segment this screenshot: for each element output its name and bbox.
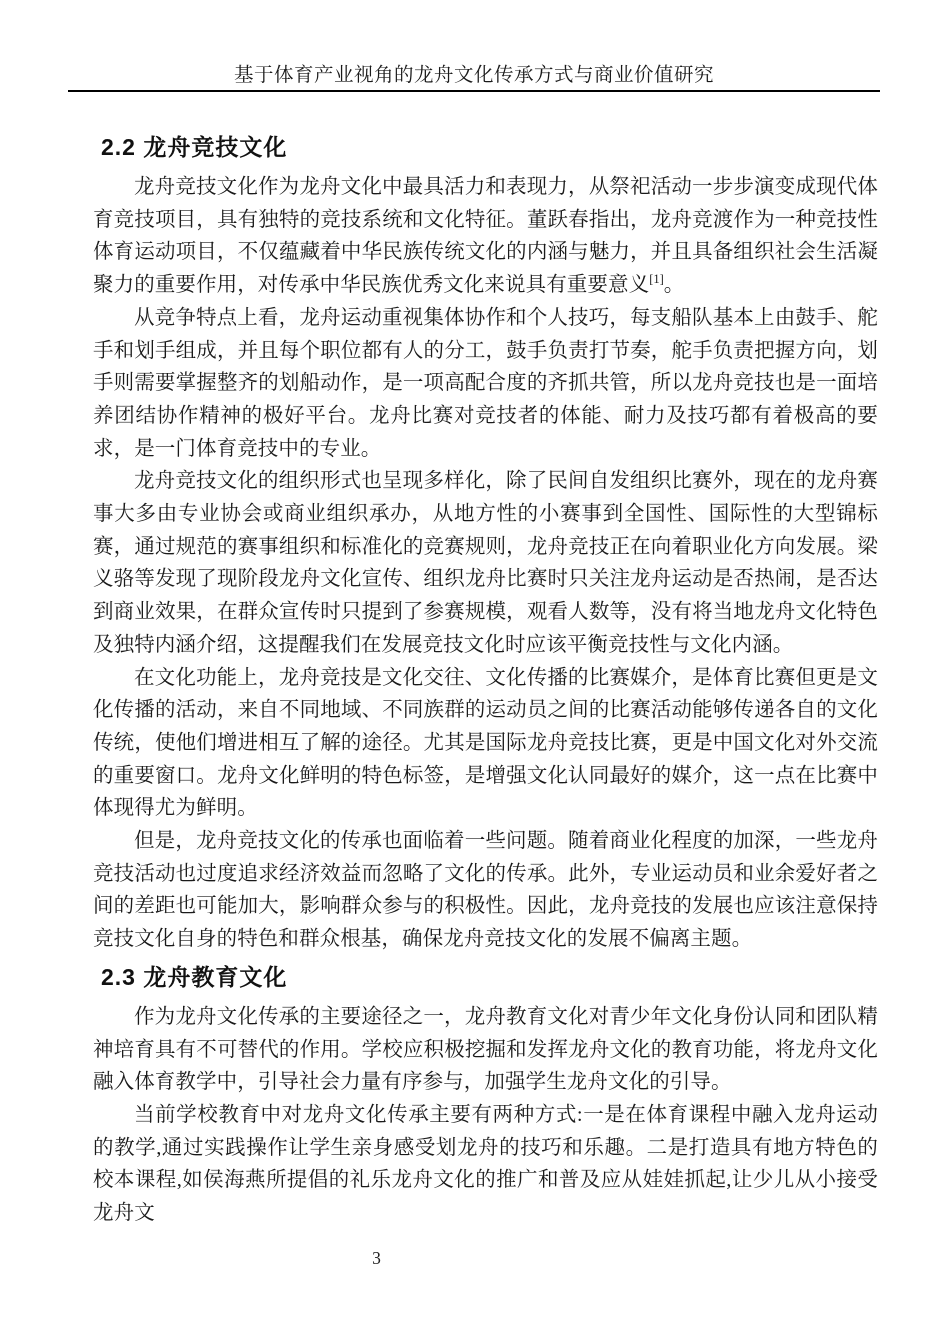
- section-heading-2-3: 2.3 龙舟教育文化: [101, 962, 878, 992]
- page-number: 3: [0, 1248, 753, 1269]
- paragraph: 从竞争特点上看，龙舟运动重视集体协作和个人技巧，每支船队基本上由鼓手、舵手和划手…: [93, 302, 878, 466]
- section-heading-2-2: 2.2 龙舟竞技文化: [101, 132, 878, 162]
- paragraph: 但是，龙舟竞技文化的传承也面临着一些问题。随着商业化程度的加深，一些龙舟竞技活动…: [93, 825, 878, 956]
- footnote-ref: [1]: [649, 272, 664, 286]
- paragraph-text: 。: [664, 274, 685, 296]
- page-body: 2.2 龙舟竞技文化 龙舟竞技文化作为龙舟文化中最具活力和表现力，从祭祀活动一步…: [93, 132, 878, 1230]
- running-header: 基于体育产业视角的龙舟文化传承方式与商业价值研究: [68, 62, 880, 92]
- document-page: 基于体育产业视角的龙舟文化传承方式与商业价值研究 2.2 龙舟竞技文化 龙舟竞技…: [0, 0, 950, 1344]
- paragraph: 在文化功能上，龙舟竞技是文化交往、文化传播的比赛媒介，是体育比赛但更是文化传播的…: [93, 662, 878, 826]
- paragraph-text: 龙舟竞技文化作为龙舟文化中最具活力和表现力，从祭祀活动一步步演变成现代体育竞技项…: [93, 176, 878, 296]
- paragraph: 当前学校教育中对龙舟文化传承主要有两种方式:一是在体育课程中融入龙舟运动的教学,…: [93, 1099, 878, 1230]
- paragraph: 龙舟竞技文化的组织形式也呈现多样化，除了民间自发组织比赛外，现在的龙舟赛事大多由…: [93, 465, 878, 661]
- paragraph: 龙舟竞技文化作为龙舟文化中最具活力和表现力，从祭祀活动一步步演变成现代体育竞技项…: [93, 171, 878, 302]
- running-header-title: 基于体育产业视角的龙舟文化传承方式与商业价值研究: [234, 65, 714, 86]
- paragraph: 作为龙舟文化传承的主要途径之一，龙舟教育文化对青少年文化身份认同和团队精神培育具…: [93, 1001, 878, 1099]
